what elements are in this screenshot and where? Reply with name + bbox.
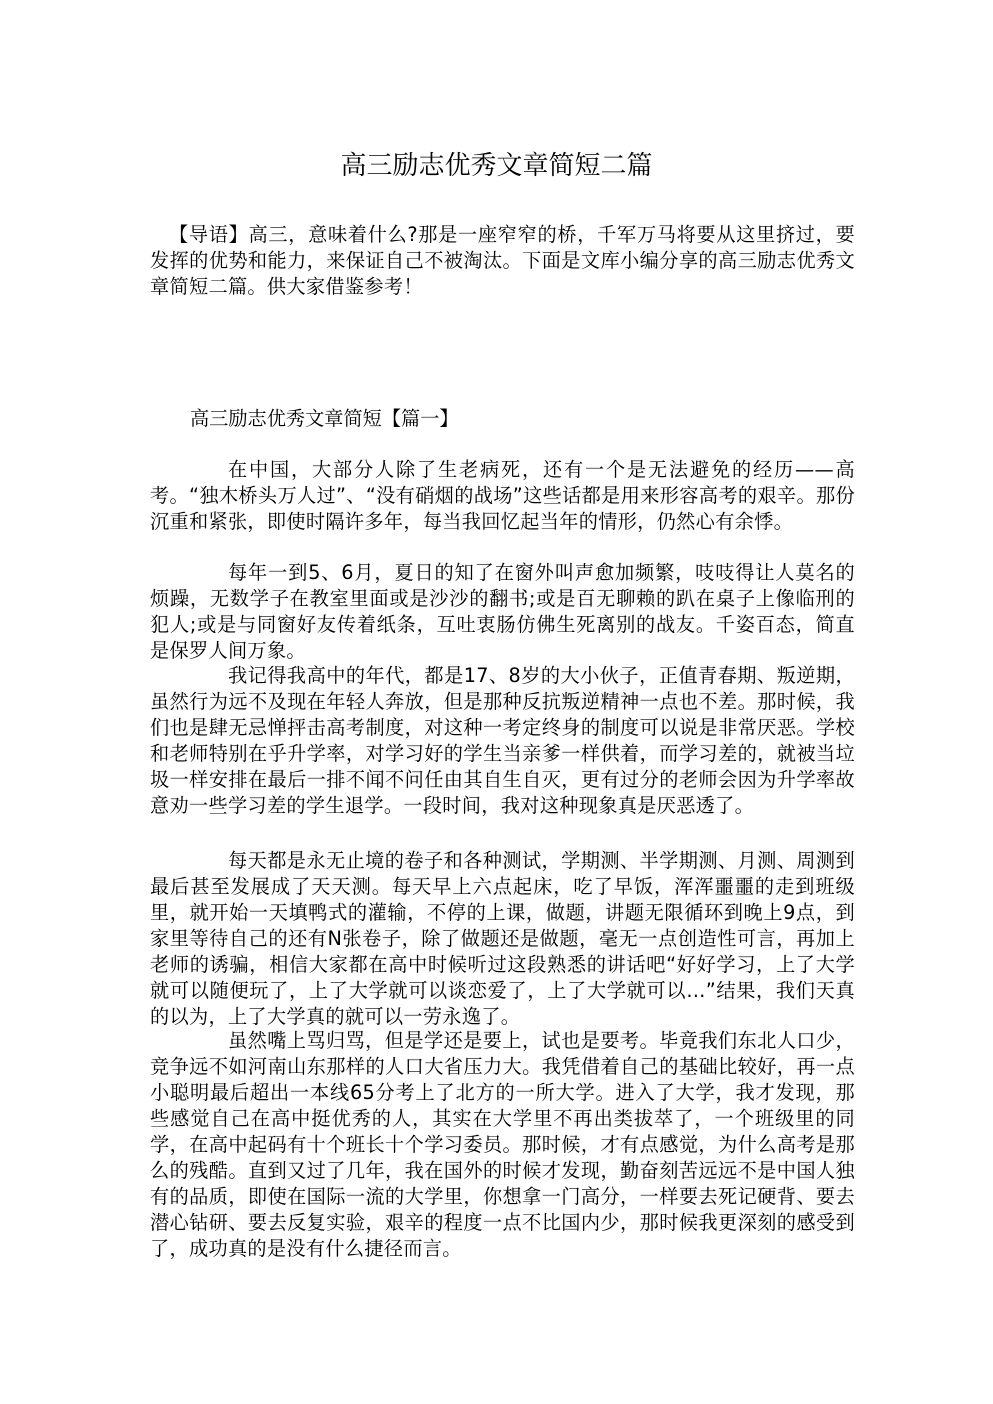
intro-paragraph: 【导语】高三，意味着什么?那是一座窄窄的桥，千军万马将要从这里挤过，要发挥的优势…	[150, 222, 855, 300]
section-heading: 高三励志优秀文章简短【篇一】	[190, 406, 459, 432]
body-paragraph: 虽然嘴上骂归骂，但是学还是要上，试也是要考。毕竟我们东北人口少，竞争远不如河南山…	[150, 1028, 855, 1262]
document-title: 高三励志优秀文章简短二篇	[0, 148, 993, 184]
body-paragraph: 我记得我高中的年代，都是17、8岁的大小伙子，正值青春期、叛逆期，虽然行为远不及…	[150, 663, 855, 819]
body-paragraph: 在中国，大部分人除了生老病死，还有一个是无法避免的经历——高考。“独木桥头万人过…	[150, 457, 855, 535]
body-paragraph: 每天都是永无止境的卷子和各种测试，学期测、半学期测、月测、周测到最后甚至发展成了…	[150, 848, 855, 1030]
body-paragraph: 每年一到5、6月，夏日的知了在窗外叫声愈加频繁，吱吱得让人莫名的烦躁，无数学子在…	[150, 560, 855, 664]
document-page: 高三励志优秀文章简短二篇 【导语】高三，意味着什么?那是一座窄窄的桥，千军万马将…	[0, 0, 993, 1404]
